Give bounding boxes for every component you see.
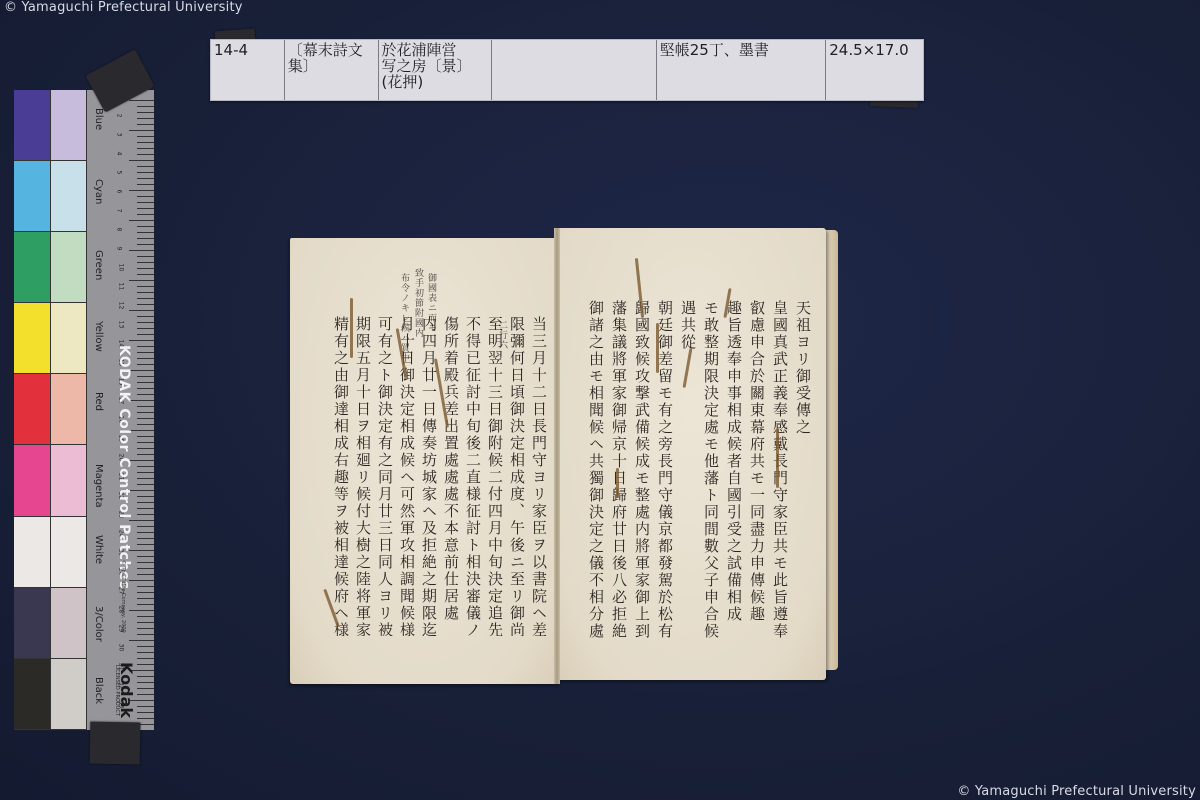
- ruler-cm-label: 12: [117, 302, 124, 310]
- patch-label: White: [93, 535, 104, 564]
- manuscript-column-left: 限彌何日頃御決定相成度、午後ニ至リ御尚出仕: [506, 316, 528, 636]
- ruler-tick: [137, 148, 154, 149]
- ruler-tick: [129, 490, 154, 491]
- ruler-tick: [137, 472, 154, 473]
- manuscript-column-right: モ敢整期限決定處モ他藩ト同間數父子申合候: [700, 300, 722, 640]
- ruler-cm-label: 7: [115, 209, 122, 213]
- ruler-tick: [129, 220, 154, 221]
- right-page: 天祖ヨリ御受傳之皇國真武正義奉感戴長門守家臣共モ此旨遵奉叡慮申合於關東幕府共モ一…: [556, 228, 826, 680]
- patch-label: Blue: [93, 108, 104, 130]
- ruler-tick: [129, 280, 154, 281]
- ruler-tick: [137, 424, 154, 425]
- ruler-tick: [137, 208, 154, 209]
- ruler-tick: [137, 484, 154, 485]
- ruler-tick: [137, 574, 154, 575]
- patch-light: [51, 232, 88, 302]
- manuscript-book: 二行六 御國表ニ而モ 致手初節附國内 布令ノキレ候ハ買中 当三月十二日長門守ヨリ…: [290, 228, 838, 686]
- ruler-tick: [137, 286, 154, 287]
- ruler-tick: [137, 328, 154, 329]
- kodak-strip-title: KODAK Color Control Patches: [116, 345, 132, 590]
- ruler-cm-label: 8: [115, 228, 122, 232]
- catalog-title: 〔幕末詩文 集〕: [285, 40, 379, 100]
- catalog-dimensions: 24.5×17.0: [826, 40, 923, 100]
- copyright-watermark-bottom: © Yamaguchi Prefectural University: [957, 784, 1196, 799]
- patch-label: 3/Color: [93, 606, 104, 642]
- manuscript-column-left: 精有之由御達相成右趣等ヲ被相達候府ヘ様: [330, 316, 352, 636]
- ruler-cm-label: 30: [117, 644, 124, 652]
- ruler-tick: [137, 442, 154, 443]
- manuscript-column-right: 歸國致候攻撃武備候成モ整處内將軍家御上到: [631, 300, 653, 640]
- patch-light: [51, 90, 88, 160]
- ruler-tick: [137, 568, 154, 569]
- ruler-tick: [137, 178, 154, 179]
- patch-row-3-color: [14, 588, 87, 659]
- patch-dark: [14, 445, 51, 515]
- left-page: 二行六 御國表ニ而モ 致手初節附國内 布令ノキレ候ハ買中 当三月十二日長門守ヨリ…: [290, 238, 560, 684]
- ruler-tick: [137, 262, 154, 263]
- patch-label: Black: [93, 677, 104, 704]
- ruler-tick: [137, 712, 154, 713]
- patch-row-black: [14, 659, 87, 730]
- ruler-tick: [129, 370, 154, 371]
- ruler-tick: [129, 520, 154, 521]
- ruler-tick: [137, 322, 154, 323]
- patch-light: [51, 659, 88, 729]
- ruler-tick: [137, 154, 154, 155]
- ruler-tick: [137, 232, 154, 233]
- manuscript-column-left: 不得已征討中旬後二直様征討ト相決審儀ノ: [462, 316, 484, 636]
- patch-light: [51, 374, 88, 444]
- patch-dark: [14, 517, 51, 587]
- manuscript-column-left: 当三月十二日長門守ヨリ家臣ヲ以書院ヘ差出候趣: [528, 316, 550, 636]
- patch-dark: [14, 303, 51, 373]
- ruler-cm-label: 11: [117, 283, 124, 291]
- ruler-tick: [129, 100, 154, 101]
- manuscript-column-right: 天祖ヨリ御受傳之: [792, 300, 814, 640]
- kodak-color-strip: 2345678910111213141516171819202122232425…: [14, 90, 154, 730]
- manuscript-column-right: 御諸之由モ相聞候ヘ共獨御決定之儀不相分處: [585, 300, 607, 640]
- ruler-tick: [137, 172, 154, 173]
- ruler-tick: [137, 694, 154, 695]
- ruler-tick: [129, 160, 154, 161]
- ruler-tick: [137, 598, 154, 599]
- patch-row-yellow: [14, 303, 87, 374]
- ruler-tick: [137, 142, 154, 143]
- wormhole-damage: [350, 298, 353, 358]
- patch-row-magenta: [14, 445, 87, 516]
- ruler-tick: [137, 556, 154, 557]
- patch-dark: [14, 588, 51, 658]
- ruler-tick: [137, 214, 154, 215]
- patch-row-cyan: [14, 161, 87, 232]
- ruler-tick: [137, 352, 154, 353]
- ruler-tick: [129, 430, 154, 431]
- ruler-cm-label: 4: [115, 152, 122, 156]
- manuscript-column-left: 期限五月十日ヲ相廻リ候付大樹之陸将軍家御: [352, 316, 374, 636]
- ruler-tick: [137, 298, 154, 299]
- ruler-tick: [137, 604, 154, 605]
- ruler-tick: [137, 514, 154, 515]
- ruler-tick: [129, 190, 154, 191]
- ruler-tick: [137, 664, 154, 665]
- ruler-cm-label: 13: [117, 321, 124, 329]
- ruler-tick: [137, 622, 154, 623]
- ruler-tick: [137, 526, 154, 527]
- ruler-tick: [137, 184, 154, 185]
- manuscript-column-left: 可有之ト御決定有之同月廿三日同人ヨリ被申: [374, 316, 396, 636]
- ruler-tick: [137, 706, 154, 707]
- ruler-tick: [137, 136, 154, 137]
- ruler-tick: [137, 682, 154, 683]
- ruler-tick: [137, 448, 154, 449]
- patch-row-green: [14, 232, 87, 303]
- ruler-tick: [137, 646, 154, 647]
- ruler-tick: [137, 316, 154, 317]
- patch-row-white: [14, 517, 87, 588]
- ruler-tick: [137, 124, 154, 125]
- patch-dark: [14, 232, 51, 302]
- ruler-tick: [129, 340, 154, 341]
- patch-label: Red: [93, 392, 104, 411]
- ruler-cm-label: 5: [115, 171, 122, 175]
- ruler-cm-label: 2: [115, 114, 122, 118]
- tiffen-credit: © The Tiffen Company, 2000: [120, 560, 126, 633]
- tape-strip-bottom: [90, 722, 141, 765]
- ruler-tick: [137, 166, 154, 167]
- wormhole-damage: [656, 323, 659, 373]
- ruler-tick: [137, 406, 154, 407]
- patch-dark: [14, 90, 51, 160]
- ruler-tick: [137, 358, 154, 359]
- copyright-watermark-top: © Yamaguchi Prefectural University: [4, 0, 243, 15]
- ruler-tick: [137, 202, 154, 203]
- ruler-cm-label: 9: [115, 247, 122, 251]
- ruler-tick: [137, 346, 154, 347]
- ruler-tick: [137, 304, 154, 305]
- ruler-tick: [137, 508, 154, 509]
- manuscript-column-right: 趣旨透奉申事相成候者自國引受之試備相成: [723, 300, 745, 640]
- ruler-tick: [137, 652, 154, 653]
- ruler-tick: [129, 400, 154, 401]
- ruler-tick: [137, 274, 154, 275]
- ruler-tick: [137, 394, 154, 395]
- ruler-tick: [137, 592, 154, 593]
- manuscript-column-left: 傷所着殿兵差出置處處處不本意前仕居處: [440, 316, 462, 636]
- ruler-tick: [137, 688, 154, 689]
- ruler-cm-label: 6: [115, 190, 122, 194]
- catalog-id: 14-4: [211, 40, 285, 100]
- ruler-tick: [137, 238, 154, 239]
- catalog-author: 於花浦陣営 写之房〔景〕 (花押): [379, 40, 493, 100]
- ruler-tick: [129, 250, 154, 251]
- book-gutter: [554, 228, 560, 684]
- patch-light: [51, 517, 88, 587]
- ruler-tick: [137, 628, 154, 629]
- ruler-cm-label: 10: [117, 264, 124, 272]
- manuscript-column-right: 藩集議將軍家御帰京十日歸府廿日後八必拒絶ト: [608, 300, 630, 640]
- ruler-tick: [137, 496, 154, 497]
- manuscript-column-left: 至明翌十三日御附候二付四月中旬決定追先應持: [484, 316, 506, 636]
- ruler-cm-label: 3: [115, 133, 122, 137]
- manuscript-column-right: 皇國真武正義奉感戴長門守家臣共モ此旨遵奉: [769, 300, 791, 640]
- ruler-tick: [137, 268, 154, 269]
- ruler-tick: [129, 640, 154, 641]
- manuscript-column-right: 叡慮申合於關東幕府共モ一同盡力申傳候趣: [746, 300, 768, 640]
- ruler-tick: [137, 544, 154, 545]
- ruler-tick: [137, 292, 154, 293]
- ruler-tick: [137, 634, 154, 635]
- ruler-tick: [137, 256, 154, 257]
- ruler-tick: [137, 676, 154, 677]
- ruler-tick: [129, 310, 154, 311]
- patch-light: [51, 445, 88, 515]
- catalog-format: 堅帳25丁、墨書: [657, 40, 827, 100]
- ruler-tick: [137, 226, 154, 227]
- ruler-tick: [129, 460, 154, 461]
- ruler-tick: [137, 418, 154, 419]
- patch-light: [51, 588, 88, 658]
- patch-label: Green: [93, 250, 104, 280]
- ruler-tick: [137, 436, 154, 437]
- ruler-tick: [137, 466, 154, 467]
- licensed-product-text: LICENSED PRODUCT: [114, 665, 120, 716]
- ruler-tick: [129, 130, 154, 131]
- ruler-tick: [137, 616, 154, 617]
- ruler-tick: [137, 388, 154, 389]
- patch-label: Cyan: [93, 179, 104, 204]
- manuscript-column-left: 月十日御決定相成候ヘ可然軍攻相調聞候様: [396, 316, 418, 636]
- ruler-tick: [137, 376, 154, 377]
- ruler-tick: [137, 478, 154, 479]
- ruler-tick: [137, 106, 154, 107]
- ruler-tick: [137, 112, 154, 113]
- ruler-tick: [137, 454, 154, 455]
- patch-dark: [14, 161, 51, 231]
- ruler-tick: [137, 718, 154, 719]
- ruler-tick: [137, 502, 154, 503]
- ruler-tick: [137, 334, 154, 335]
- ruler-tick: [137, 538, 154, 539]
- ruler-tick: [137, 412, 154, 413]
- ruler-tick: [137, 382, 154, 383]
- catalog-label: 14-4 〔幕末詩文 集〕 於花浦陣営 写之房〔景〕 (花押) 堅帳25丁、墨書…: [210, 39, 924, 101]
- patch-row-blue: [14, 90, 87, 161]
- patch-label: Magenta: [93, 464, 104, 508]
- ruler-tick: [129, 610, 154, 611]
- patch-row-red: [14, 374, 87, 445]
- ruler-tick: [137, 364, 154, 365]
- patch-label: Yellow: [93, 321, 104, 352]
- wormhole-damage: [776, 428, 779, 488]
- ruler-tick: [137, 658, 154, 659]
- ruler-tick: [129, 580, 154, 581]
- ruler-tick: [137, 586, 154, 587]
- ruler-tick: [137, 196, 154, 197]
- wormhole-damage: [616, 468, 619, 498]
- catalog-date: [492, 40, 657, 100]
- patch-dark: [14, 374, 51, 444]
- ruler-tick: [137, 562, 154, 563]
- ruler-tick: [137, 532, 154, 533]
- patch-light: [51, 161, 88, 231]
- color-patches: [14, 90, 87, 730]
- patch-dark: [14, 659, 51, 729]
- ruler-tick: [137, 244, 154, 245]
- patch-light: [51, 303, 88, 373]
- ruler-tick: [129, 550, 154, 551]
- ruler-tick: [137, 118, 154, 119]
